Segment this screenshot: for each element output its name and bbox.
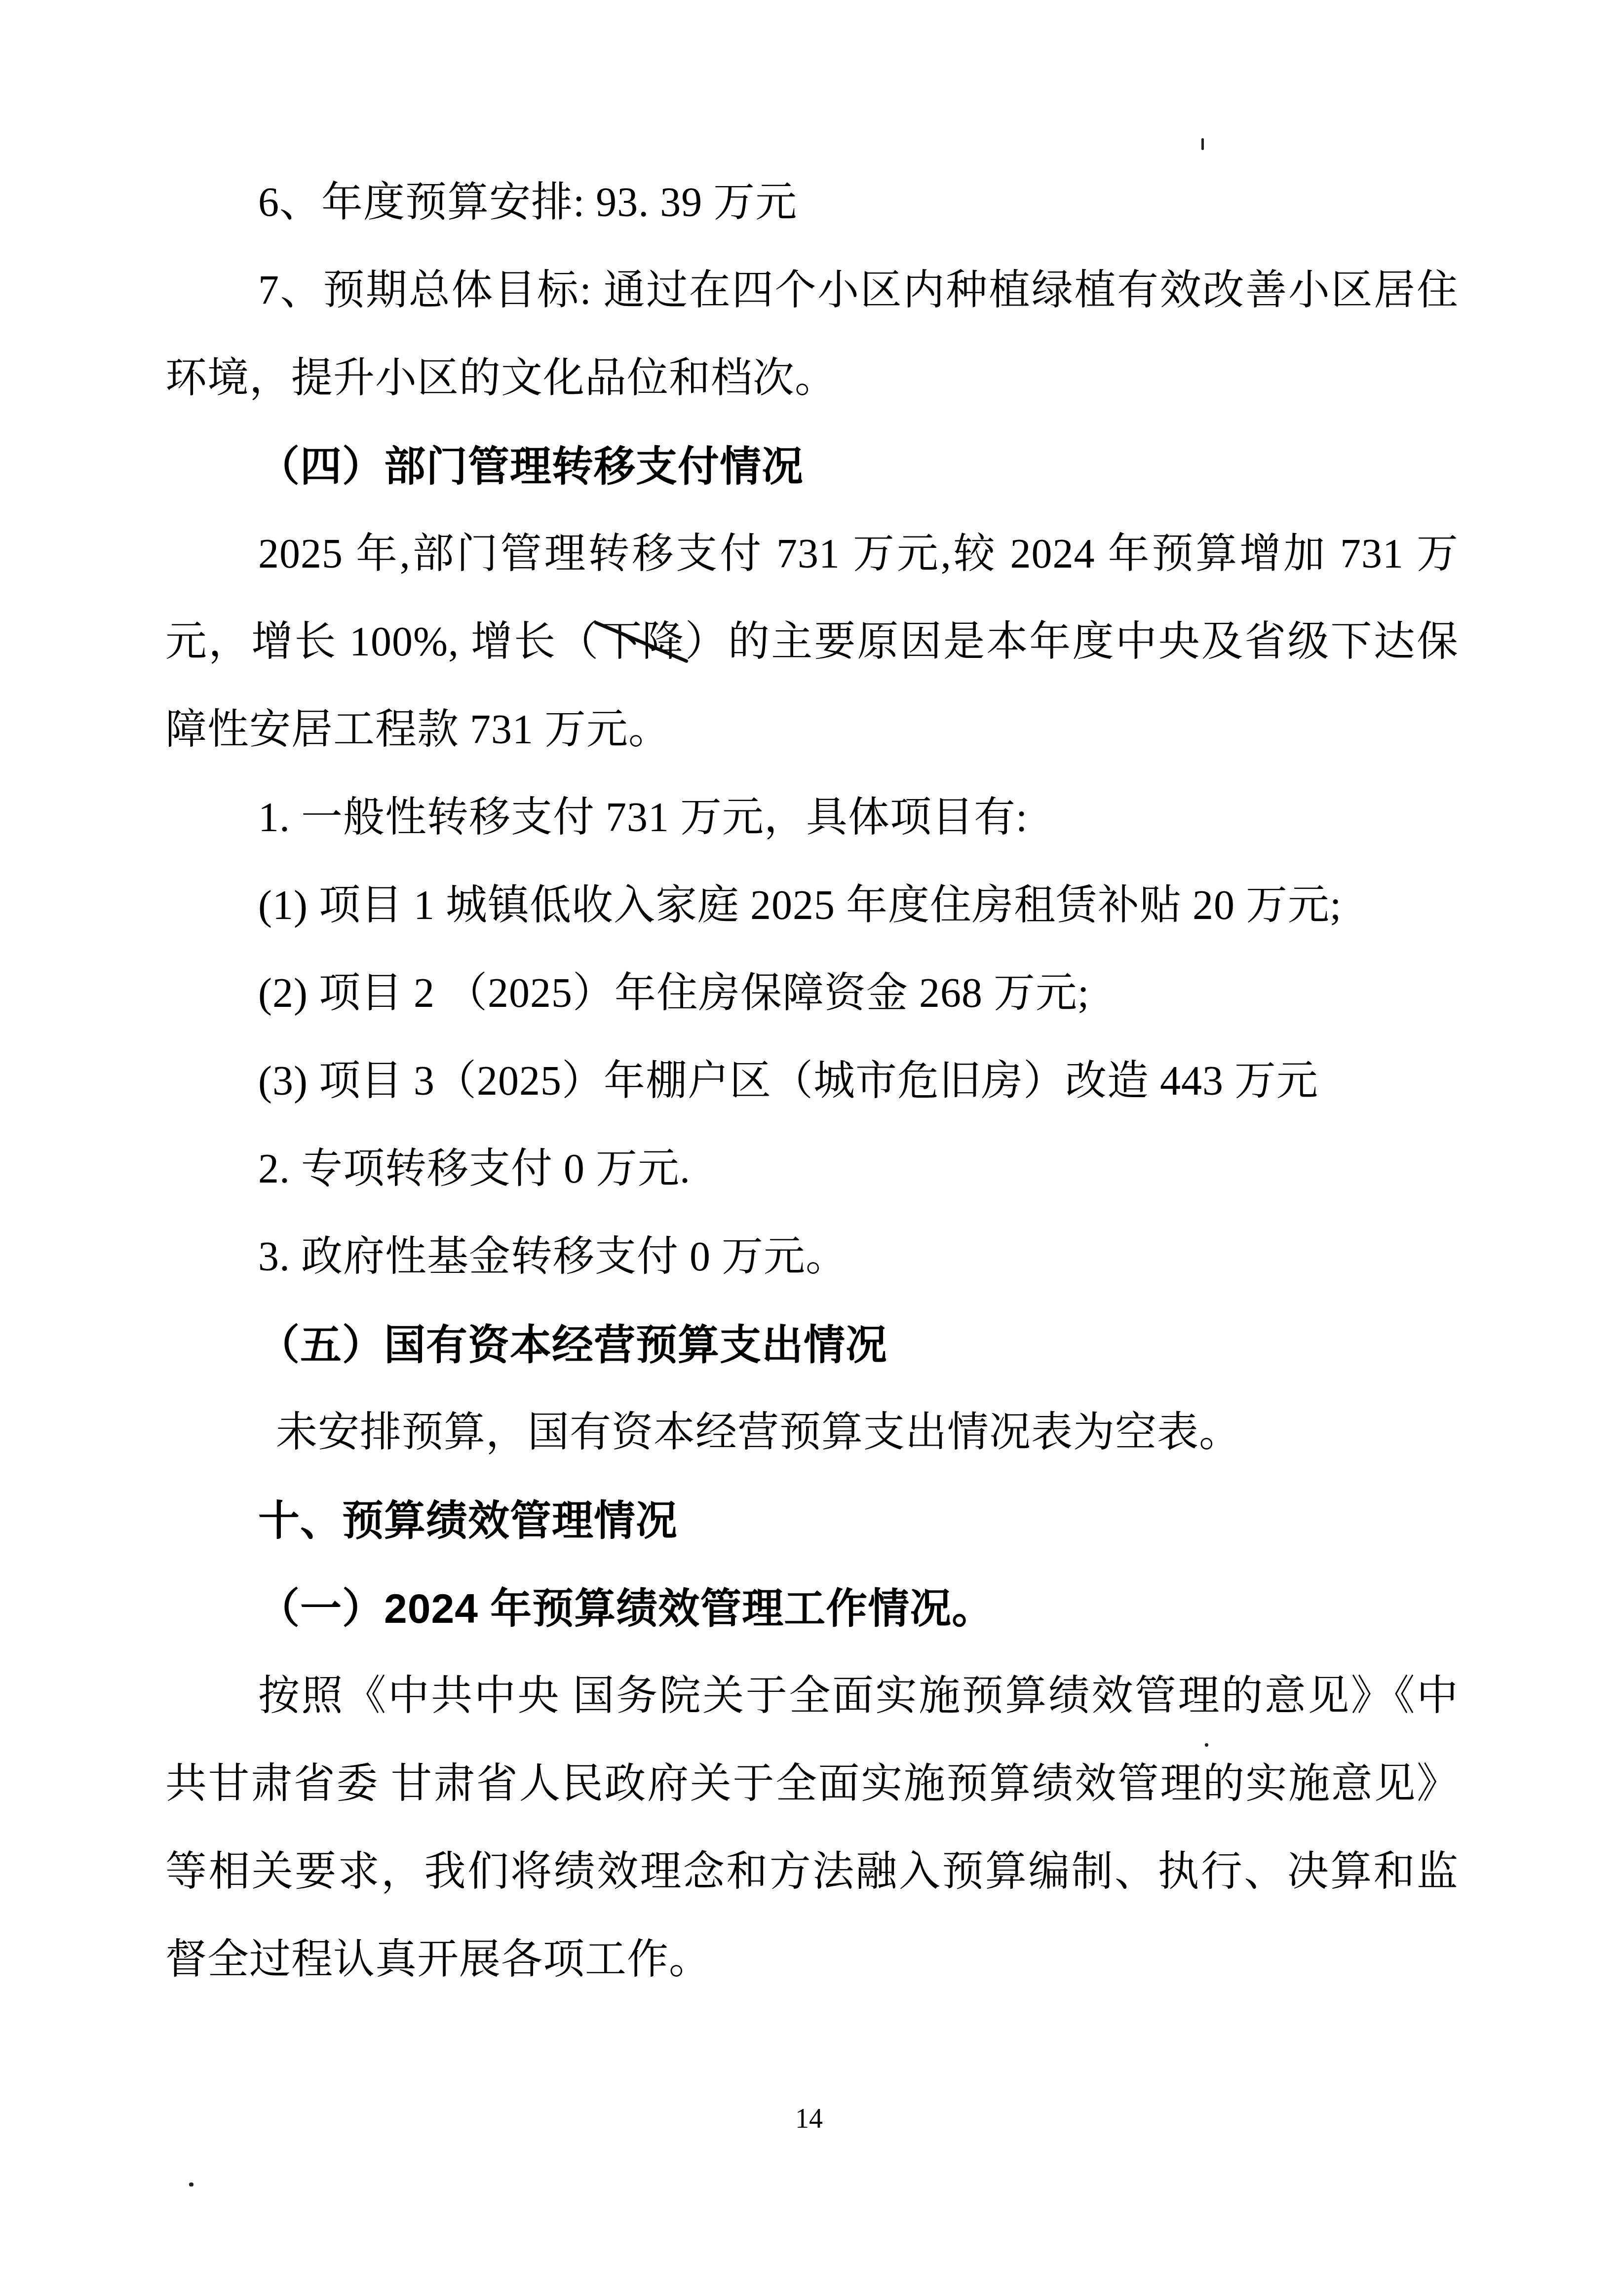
heading-section-10: 十、预算绩效管理情况 — [165, 1477, 1459, 1565]
gov-fund-transfer-line: 3. 政府性基金转移支付 0 万元。 — [165, 1213, 1459, 1301]
heading-subsection-1: （一）2024 年预算绩效管理工作情况。 — [165, 1565, 1459, 1652]
general-transfer-line: 1. 一般性转移支付 731 万元，具体项目有: — [165, 774, 1459, 862]
policy-basis-line-1: 按照《中共中央 国务院关于全面实施预算绩效管理的意见》《中 — [165, 1652, 1459, 1740]
page-number: 14 — [0, 2104, 1618, 2134]
transfer-payment-line-1: 2025 年,部门管理转移支付 731 万元,较 2024 年预算增加 731 … — [165, 510, 1459, 598]
heading-section-4: （四）部门管理转移支付情况 — [165, 422, 1459, 510]
scan-speck — [1201, 138, 1204, 150]
document-page: 6、年度预算安排: 93. 39 万元7、预期总体目标: 通过在四个小区内种植绿… — [0, 0, 1618, 2296]
text-segment: ）的主要原因是本年度中央及省级下达保 — [684, 619, 1459, 665]
special-transfer-line: 2. 专项转移支付 0 万元. — [165, 1125, 1459, 1213]
scan-speck — [1205, 1743, 1208, 1747]
policy-basis-line-3: 等相关要求，我们将绩效理念和方法融入预算编制、执行、决算和监 — [165, 1828, 1459, 1916]
project-3-line: (3) 项目 3（2025）年棚户区（城市危旧房）改造 443 万元 — [165, 1037, 1459, 1125]
transfer-payment-line-2: 元，增长 100%, 增长（下降）的主要原因是本年度中央及省级下达保 — [165, 598, 1459, 686]
heading-section-5: （五）国有资本经营预算支出情况 — [165, 1301, 1459, 1389]
expected-goal-line-1: 7、预期总体目标: 通过在四个小区内种植绿植有效改善小区居住 — [165, 247, 1459, 335]
scan-speck — [189, 2182, 193, 2186]
no-budget-line: 未安排预算，国有资本经营预算支出情况表为空表。 — [165, 1389, 1459, 1477]
document-body: 6、年度预算安排: 93. 39 万元7、预期总体目标: 通过在四个小区内种植绿… — [165, 159, 1459, 2004]
crossed-out-text: 下降 — [600, 598, 684, 686]
expected-goal-line-2: 环境，提升小区的文化品位和档次。 — [165, 335, 1459, 422]
annual-budget-line: 6、年度预算安排: 93. 39 万元 — [165, 159, 1459, 247]
transfer-payment-line-3: 障性安居工程款 731 万元。 — [165, 686, 1459, 774]
project-1-line: (1) 项目 1 城镇低收入家庭 2025 年度住房租赁补贴 20 万元; — [165, 862, 1459, 950]
policy-basis-line-4: 督全过程认真开展各项工作。 — [165, 1916, 1459, 2004]
policy-basis-line-2: 共甘肃省委 甘肃省人民政府关于全面实施预算绩效管理的实施意见》 — [165, 1740, 1459, 1828]
project-2-line: (2) 项目 2 （2025）年住房保障资金 268 万元; — [165, 950, 1459, 1037]
text-segment: 元，增长 100%, 增长（ — [165, 619, 600, 665]
